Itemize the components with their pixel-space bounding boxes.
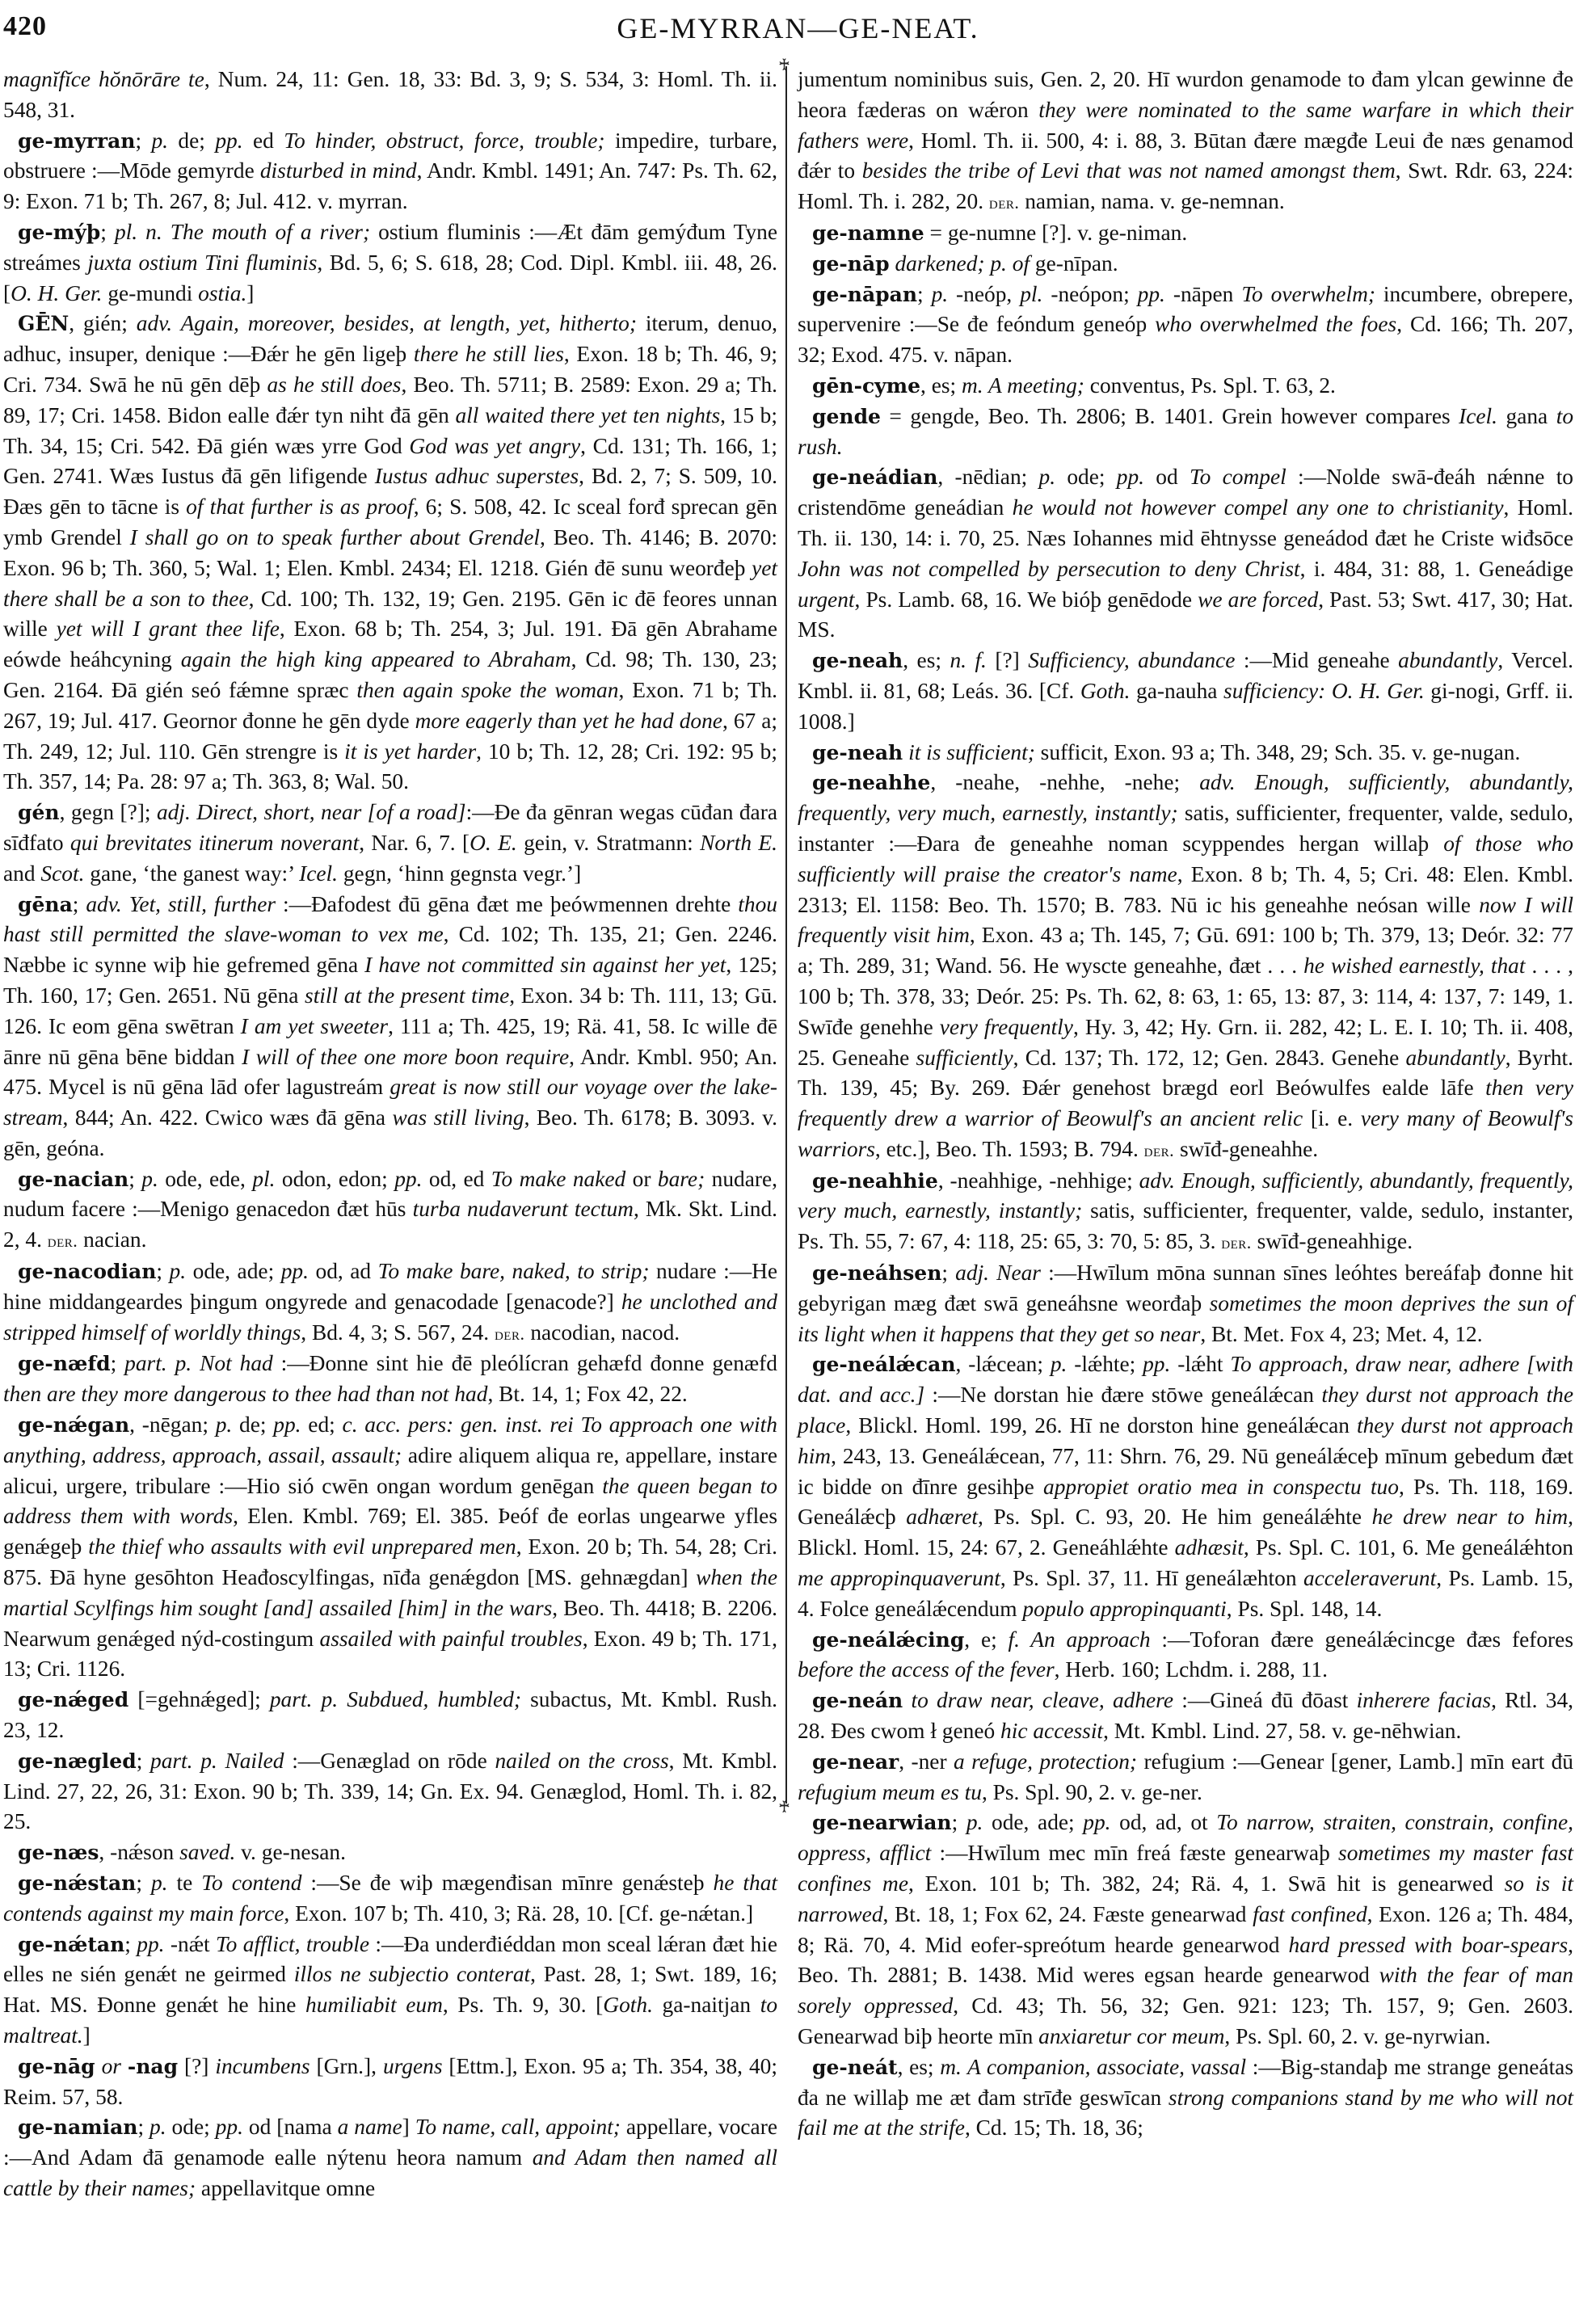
entry-italic-text: he wished earnestly, that: [1303, 953, 1525, 978]
entry-italic-text: abundantly: [1405, 1046, 1505, 1070]
entry-smallcaps-label: der.: [48, 1231, 78, 1251]
dictionary-entry: ge-nāpan; p. -neóp, pl. -neópon; pp. -nā…: [798, 280, 1573, 371]
entry-text: od: [1144, 465, 1190, 489]
dictionary-entry: ge-nacodian; p. ode, ade; pp. od, ad To …: [3, 1257, 777, 1349]
entry-text: appellavitque omne: [196, 2176, 375, 2200]
entry-text: , etc.], Beo. Th. 1593; B. 794.: [875, 1137, 1144, 1161]
entry-headword: ge-neán: [812, 1689, 903, 1712]
entry-text: namian, nama. v. ge-nemnan.: [1019, 189, 1284, 213]
dictionary-entry: ge-neán to draw near, cleave, adhere :—G…: [798, 1686, 1573, 1747]
entry-italic-text: ostia.: [198, 281, 246, 305]
dictionary-entry: magnĭfĭce hŏnōrāre te, Num. 24, 11: Gen.…: [3, 65, 777, 126]
entry-text: ;: [917, 282, 932, 306]
entry-italic-text: yet will I grant thee life: [57, 617, 280, 641]
entry-italic-text: inherere facias: [1357, 1688, 1491, 1712]
entry-text: od [nama: [243, 2115, 338, 2139]
entry-text: , Ps. Spl. C. 101, 6. Me geneálǽhton: [1244, 1535, 1573, 1560]
entry-italic-text: the thief who assaults with evil unprepa…: [88, 1534, 516, 1559]
right-column: jumentum nominibus suis, Gen. 2, 20. Hī …: [798, 65, 1573, 2144]
entry-text: -neóp,: [948, 282, 1020, 306]
entry-text: , Ps. Lamb. 68, 16. We bióþ genēdode: [855, 587, 1198, 612]
entry-italic-text: illos ne subjectio conterat: [294, 1962, 530, 1986]
entry-text: ]: [246, 281, 254, 305]
entry-italic-text: he drew near to him: [1372, 1505, 1569, 1529]
entry-headword: ge-nāg: [18, 2055, 95, 2078]
entry-text: :—Mid geneahe: [1235, 648, 1398, 672]
entry-text: gein, v. Stratmann:: [517, 831, 700, 855]
entry-text: ;: [137, 1749, 150, 1773]
entry-italic-text: who overwhelmed the foes: [1155, 312, 1396, 336]
entry-text: , Ps. Spl. 60, 2. v. ge-nyrwian.: [1224, 2024, 1490, 2048]
entry-headword: GĒN: [18, 312, 69, 335]
entry-italic-text: Sufficiency, abundance: [1028, 648, 1235, 672]
dictionary-entry: ge-neah it is sufficient; sufficit, Exon…: [798, 738, 1573, 768]
entry-smallcaps-label: der.: [495, 1324, 525, 1344]
entry-italic-text: then are they more dangerous to thee had…: [3, 1382, 487, 1406]
dictionary-entry: ge-næs, -nǽson saved. v. ge-nesan.: [3, 1837, 777, 1868]
entry-italic-text: as he still does: [267, 373, 401, 397]
entry-text: gane, ‘the ganest way:’: [84, 861, 299, 886]
entry-italic-text: incumbens: [215, 2054, 310, 2078]
entry-italic-text: To afflict, trouble: [216, 1932, 369, 1956]
entry-headword: ge-neahhe: [812, 771, 930, 794]
entry-italic-text: adj. Near: [955, 1261, 1041, 1285]
entry-italic-text: Goth.: [603, 1993, 653, 2017]
entry-text: , 844; An. 422. Cwico wæs đā gēna: [63, 1105, 393, 1130]
entry-text: , Bt. 14, 1; Fox 42, 22.: [487, 1382, 687, 1406]
entry-text: ode;: [1055, 465, 1117, 489]
entry-text: , Ps. Spl. C. 93, 20. He him geneálǽhte: [978, 1505, 1372, 1529]
entry-text: , -nēdian;: [937, 465, 1038, 489]
entry-italic-text: to draw near, cleave, adhere: [912, 1688, 1173, 1712]
entry-headword: ge-neálǽcing: [812, 1628, 964, 1652]
entry-text: [=gehnǽged];: [128, 1687, 270, 1711]
dictionary-entry: ge-nǽgan, -nēgan; p. de; pp. ed; c. acc.…: [3, 1410, 777, 1685]
entry-italic-text: Goth.: [1080, 679, 1131, 703]
entry-text: , -ner: [899, 1749, 954, 1774]
entry-headword: gén: [18, 801, 60, 824]
entry-text: -lǽhte;: [1067, 1352, 1143, 1376]
entry-italic-text: qui brevitates itinerum noverant: [70, 831, 359, 855]
entry-italic-text: To make naked: [491, 1167, 625, 1191]
entry-text: odon, edon;: [275, 1167, 394, 1191]
dictionary-entry: ge-neah, es; n. f. [?] Sufficiency, abun…: [798, 646, 1573, 737]
entry-italic-text: To hinder, obstruct, force, trouble;: [284, 128, 604, 153]
dictionary-entry: ge-nǽged [=gehnǽged]; part. p. Subdued, …: [3, 1685, 777, 1746]
entry-italic-text: pl.: [252, 1167, 275, 1191]
entry-italic-text: humiliabit eum: [305, 1993, 443, 2017]
entry-italic-text: before the access of the fever: [798, 1657, 1055, 1682]
dictionary-entry: ge-neáhsen; adj. Near :—Hwīlum mōna sunn…: [798, 1258, 1573, 1349]
entry-text: ;: [128, 1167, 141, 1191]
entry-text: , -lǽcean;: [956, 1352, 1051, 1376]
entry-italic-text: a refuge, protection;: [954, 1749, 1137, 1774]
dictionary-entry: GĒN, gién; adv. Again, moreover, besides…: [3, 309, 777, 798]
entry-headword: ge-nǽstan: [18, 1871, 136, 1895]
entry-text: :—Hwīlum mec mīn freá fæste genearwaþ: [931, 1841, 1338, 1865]
dictionary-entry: gén, gegn [?]; adj. Direct, short, near …: [3, 798, 777, 889]
entry-italic-text: p.: [1039, 465, 1056, 489]
entry-italic-text: nailed on the cross: [495, 1749, 668, 1773]
entry-italic-text: all waited there yet ten nights: [455, 403, 720, 427]
entry-text: ed: [243, 128, 284, 153]
entry-headword: ge-nāp: [812, 252, 890, 276]
dictionary-entry: ge-nǽstan; p. te To contend :—Se đe wiþ …: [3, 1868, 777, 1930]
entry-headword: ge-nearwian: [812, 1811, 952, 1834]
entry-italic-text: North E.: [700, 831, 777, 855]
entry-text: or: [625, 1167, 658, 1191]
entry-text: , es;: [920, 373, 962, 398]
entry-italic-text: pp.: [215, 128, 242, 153]
entry-italic-text: hic accessit: [1000, 1719, 1103, 1743]
dictionary-entry: ge-nǽtan; pp. -nǽt To afflict, trouble :…: [3, 1930, 777, 2052]
running-head: GE-MYRRAN—GE-NEAT.: [0, 11, 1596, 45]
entry-smallcaps-label: der.: [989, 192, 1020, 213]
dictionary-entry: ge-namian; p. ode; pp. od [nama a name] …: [3, 2112, 777, 2204]
entry-headword: ge-nacodian: [18, 1260, 156, 1283]
entry-italic-text: he would not however compel any one to c…: [1013, 495, 1504, 520]
dictionary-entry: gende = gengde, Beo. Th. 2806; B. 1401. …: [798, 402, 1573, 463]
entry-text: ga-naitjan: [653, 1993, 760, 2017]
entry-italic-text: hard pressed with boar-spears: [1289, 1933, 1569, 1957]
dictionary-entry: ge-neahhe, -neahe, -nehhe, -nehe; adv. E…: [798, 768, 1573, 1165]
entry-text: :—Ne dorstan hie đære stōwe geneálǽcan: [924, 1383, 1321, 1407]
entry-text: [903, 1688, 911, 1712]
entry-headword: ge-myrran: [18, 129, 135, 153]
entry-text: ;: [952, 1810, 966, 1834]
entry-italic-text: saved.: [179, 1840, 235, 1864]
entry-text: ;: [135, 128, 151, 153]
entry-text: , Bd. 4, 3; S. 567, 24.: [301, 1320, 495, 1345]
entry-italic-text: O. H. Ger.: [11, 281, 102, 305]
entry-italic-text: besides the tribe of Levi that was not n…: [862, 158, 1396, 183]
entry-text: ]: [83, 2023, 91, 2048]
entry-text: [95, 2054, 102, 2078]
entry-headword: ge-neah: [812, 649, 903, 672]
entry-headword: ge-neáhsen: [812, 1261, 941, 1285]
entry-text: , Exon. 107 b; Th. 410, 3; Rä. 28, 10. […: [284, 1901, 753, 1926]
entry-headword: ge-nægled: [18, 1749, 137, 1773]
dictionary-entry: ge-nearwian; p. ode, ade; pp. od, ad, ot…: [798, 1808, 1573, 2052]
entry-italic-text: To contend: [201, 1871, 301, 1895]
entry-text: ode, ede,: [158, 1167, 253, 1191]
entry-italic-text: pp.: [1138, 282, 1165, 306]
entry-italic-text: pp.: [281, 1259, 309, 1283]
entry-italic-text: acceleraverunt: [1303, 1566, 1436, 1590]
entry-text: ;: [136, 1871, 151, 1895]
entry-headword: ge-namne: [812, 221, 924, 245]
entry-italic-text: John was not compelled by persecution to…: [798, 557, 1300, 581]
entry-italic-text: pp.: [1143, 1352, 1170, 1376]
entry-italic-text: I will of thee one more boon require: [242, 1045, 569, 1069]
entry-italic-text: adj. Direct, short, near [of a road]: [157, 800, 466, 824]
entry-text: ;: [124, 1932, 137, 1956]
dictionary-entry: ge-namne = ge-numne [?]. v. ge-niman.: [798, 218, 1573, 249]
entry-italic-text: pp.: [1117, 465, 1144, 489]
entry-text: ;: [137, 2115, 149, 2139]
entry-text: [121, 2054, 128, 2078]
dictionary-entry: ge-myrran; p. de; pp. ed To hinder, obst…: [3, 126, 777, 217]
entry-text: ;: [73, 892, 86, 916]
entry-text: and: [3, 861, 40, 886]
entry-italic-text: me appropinquaverunt: [798, 1566, 1000, 1590]
entry-text: , -nēgan;: [129, 1412, 216, 1437]
entry-italic-text: or: [102, 2054, 121, 2078]
entry-italic-text: anxiaretur cor meum: [1038, 2024, 1224, 2048]
entry-italic-text: of that further is as proof: [186, 495, 414, 519]
entry-italic-text: I have not committed sin against her yet: [364, 953, 726, 977]
entry-text: ;: [111, 1351, 125, 1375]
entry-text: [?]: [178, 2054, 215, 2078]
dictionary-entry: ge-neádian, -nēdian; p. ode; pp. od To c…: [798, 462, 1573, 646]
entry-text: ge-mundi: [103, 281, 199, 305]
entry-text: , Blickl. Homl. 199, 26. Hī ne dorston h…: [845, 1413, 1357, 1438]
entry-text: gegn, ‘hinn gegnsta vegr.’]: [338, 861, 581, 886]
entry-text: = gengde, Beo. Th. 2806; B. 1401. Grein …: [881, 404, 1459, 428]
entry-italic-text: O. E.: [470, 831, 517, 855]
entry-text: nacodian, nacod.: [524, 1320, 680, 1345]
entry-italic-text: m. A companion, associate, vassal: [940, 2055, 1246, 2079]
entry-italic-text: juxta ostium Tini fluminis: [87, 250, 317, 275]
entry-headword: ge-nǽgan: [18, 1413, 129, 1437]
entry-headword: ge-namian: [18, 2115, 137, 2139]
entry-text: od, ed: [422, 1167, 491, 1191]
entry-text: , Cd. 137; Th. 172, 12; Gen. 2843. Geneh…: [1013, 1046, 1406, 1070]
entry-smallcaps-label: der.: [1144, 1140, 1175, 1160]
dictionary-entry: ge-neálǽcing, e; f. An approach :—Tofora…: [798, 1625, 1573, 1686]
entry-text: , e;: [964, 1627, 1008, 1652]
entry-text: :—Se đe wiþ mægenđisan mīnre genǽsteþ: [301, 1871, 713, 1895]
entry-text: ;: [941, 1261, 955, 1285]
entry-italic-text: disturbed in mind: [260, 158, 417, 183]
entry-smallcaps-label: der.: [1221, 1232, 1252, 1252]
entry-headword: ge-næfd: [18, 1352, 111, 1375]
entry-italic-text: adv. Yet, still, further: [86, 892, 276, 916]
entry-italic-text: f. An approach: [1009, 1627, 1151, 1652]
entry-text: , -nǽson: [99, 1840, 179, 1864]
entry-italic-text: To overwhelm;: [1241, 282, 1375, 306]
entry-text: , es;: [898, 2055, 941, 2079]
entry-text: de;: [232, 1412, 273, 1437]
dictionary-entry: ge-nāp darkened; p. of ge-nīpan.: [798, 249, 1573, 280]
entry-text: , -neahe, -nehhe, -nehe;: [930, 770, 1199, 794]
entry-text: de;: [168, 128, 215, 153]
entry-text: -nǽt: [165, 1932, 216, 1956]
entry-headword: ge-nāpan: [812, 283, 917, 306]
entry-italic-text: still at the present time: [305, 983, 509, 1008]
entry-text: = ge-numne [?]. v. ge-niman.: [924, 221, 1188, 245]
entry-text: gana: [1497, 404, 1556, 428]
entry-text: , Cd. 15; Th. 18, 36;: [965, 2115, 1143, 2140]
dictionary-entry: gēna; adv. Yet, still, further :—Đafodes…: [3, 890, 777, 1164]
entry-text: ode, ade;: [186, 1259, 281, 1283]
entry-italic-text: Icel.: [1459, 404, 1497, 428]
entry-italic-text: part. p. Nailed: [150, 1749, 284, 1773]
entry-headword: ge-neahhie: [812, 1169, 938, 1193]
dictionary-entry: ge-næfd; part. p. Not had :—Đonne sint h…: [3, 1349, 777, 1410]
entry-italic-text: pp.: [273, 1412, 301, 1437]
entry-italic-text: pp.: [137, 1932, 164, 1956]
entry-text: :—Toforan đære geneálǽcincge đæs fefores: [1151, 1627, 1573, 1652]
entry-text: , Exon. 101 b; Th. 382, 24; Rä. 4, 1. Sw…: [908, 1871, 1505, 1896]
entry-italic-text: p.: [141, 1167, 158, 1191]
entry-text: , Ps. Spl. 90, 2. v. ge-ner.: [982, 1780, 1202, 1804]
entry-text: -lǽht: [1170, 1352, 1230, 1376]
entry-text: , Ps. Spl. 37, 11. Hī geneálæhton: [1000, 1566, 1303, 1590]
entry-text: -neópon;: [1042, 282, 1137, 306]
page-header: 420 GE-MYRRAN—GE-NEAT.: [0, 8, 1596, 57]
entry-italic-text: adhæret: [906, 1505, 978, 1529]
dictionary-entry: ge-mýþ; pl. n. The mouth of a river; ost…: [3, 217, 777, 309]
entry-italic-text: magnĭfĭce hŏnōrāre te: [3, 67, 204, 91]
entry-italic-text: part. p. Not had: [124, 1351, 273, 1375]
entry-italic-text: part. p. Subdued, humbled;: [270, 1687, 521, 1711]
dictionary-entry: ge-nāg or -nag [?] incumbens [Grn.], urg…: [3, 2052, 777, 2113]
entry-italic-text: pp.: [1083, 1810, 1110, 1834]
entry-italic-text: p.: [170, 1259, 187, 1283]
entry-italic-text: To compel: [1190, 465, 1286, 489]
entry-italic-text: then again spoke the woman: [356, 678, 618, 702]
entry-italic-text: sufficiency: O. H. Ger.: [1223, 679, 1425, 703]
entry-italic-text: fast confined: [1253, 1902, 1367, 1926]
entry-headword: ge-nǽtan: [18, 1933, 124, 1956]
dictionary-entry: ge-nægled; part. p. Nailed :—Genæglad on…: [3, 1746, 777, 1837]
entry-italic-text: Iustus adhuc superstes: [375, 464, 579, 488]
entry-italic-text: p.: [216, 1412, 233, 1437]
entry-italic-text: m. A meeting;: [962, 373, 1084, 398]
entry-italic-text: urgens: [383, 2054, 443, 2078]
entry-text: ;: [100, 220, 115, 244]
dictionary-entry: ge-neahhie, -neahhige, -nehhige; adv. En…: [798, 1166, 1573, 1258]
ornament-bottom-icon: ♰: [778, 1799, 790, 1815]
entry-headword: ge-neah: [812, 741, 903, 764]
entry-text: ]: [402, 2115, 415, 2139]
entry-italic-text: To make bare, naked, to strip;: [378, 1259, 650, 1283]
entry-italic-text: more eagerly than yet he had done: [415, 709, 722, 733]
entry-italic-text: assailed with painful troubles: [320, 1627, 583, 1651]
entry-italic-text: turba nudaverunt tectum: [413, 1197, 634, 1221]
entry-text: ed;: [301, 1412, 343, 1437]
entry-text: ode, ade;: [983, 1810, 1083, 1834]
entry-italic-text: populo appropinquanti: [1022, 1597, 1226, 1621]
entry-text: nacian.: [78, 1227, 146, 1252]
entry-italic-text: p.: [1051, 1352, 1068, 1376]
entry-text: [?]: [987, 648, 1028, 672]
entry-text: , i. 484, 31: 88, 1. Geneádige: [1300, 557, 1573, 581]
entry-italic-text: God was yet angry: [409, 434, 580, 458]
entry-text: ge-nīpan.: [1030, 251, 1118, 276]
entry-text: , gegn [?];: [60, 800, 157, 824]
entry-italic-text: p.: [151, 1871, 168, 1895]
entry-text: :—Đonne sint hie đē pleólícran gehæfd đo…: [273, 1351, 777, 1375]
entry-headword: gēn-cyme: [812, 374, 920, 398]
entry-italic-text: it is sufficient;: [908, 740, 1035, 764]
entry-headword: gende: [812, 405, 881, 428]
entry-text: , Herb. 160; Lchdm. i. 288, 11.: [1055, 1657, 1328, 1682]
entry-text: refugium :—Genear [gener, Lamb.] mīn ear…: [1137, 1749, 1573, 1774]
entry-italic-text: p.: [149, 2115, 166, 2139]
entry-italic-text: To name, call, appoint;: [415, 2115, 621, 2139]
entry-text: v. ge-nesan.: [235, 1840, 346, 1864]
entry-italic-text: pp.: [216, 2115, 243, 2139]
entry-text: od, ad, ot: [1111, 1810, 1217, 1834]
entry-headword: ge-neádian: [812, 465, 937, 489]
entry-text: , Ps. Th. 9, 30. [: [443, 1993, 603, 2017]
entry-italic-text: appropiet oratio mea in conspectu tuo: [1043, 1475, 1399, 1499]
entry-italic-text: n. f.: [950, 648, 986, 672]
entry-italic-text: there he still lies: [414, 342, 564, 366]
entry-italic-text: urgent: [798, 587, 855, 612]
entry-text: [i. e.: [1303, 1106, 1361, 1130]
entry-italic-text: bare;: [658, 1167, 705, 1191]
entry-headword: ge-næs: [18, 1841, 99, 1864]
entry-text: , es;: [903, 648, 950, 672]
entry-text: conventus, Ps. Spl. T. 63, 2.: [1084, 373, 1336, 398]
column-divider-rule: [785, 66, 787, 1804]
dictionary-entry: ge-near, -ner a refuge, protection; refu…: [798, 1747, 1573, 1808]
entry-text: swīđ-geneahhe.: [1174, 1137, 1318, 1161]
entry-italic-text: refugium meum es tu: [798, 1780, 982, 1804]
entry-italic-text: darkened; p. of: [895, 251, 1030, 276]
entry-italic-text: Icel.: [299, 861, 338, 886]
entry-text: , Nar. 6, 7. [: [359, 831, 470, 855]
dictionary-entry: ge-neát, es; m. A companion, associate, …: [798, 2052, 1573, 2144]
dictionary-entry: ge-neálǽcan, -lǽcean; p. -lǽhte; pp. -lǽ…: [798, 1349, 1573, 1624]
entry-headword: ge-neát: [812, 2056, 898, 2079]
entry-italic-text: pl. n. The mouth of a river;: [115, 220, 370, 244]
dictionary-entry: jumentum nominibus suis, Gen. 2, 20. Hī …: [798, 65, 1573, 218]
entry-text: ode;: [166, 2115, 216, 2139]
entry-italic-text: sufficiently: [916, 1046, 1013, 1070]
entry-headword: ge-neálǽcan: [812, 1353, 956, 1376]
entry-italic-text: we are forced: [1198, 587, 1318, 612]
entry-italic-text: p.: [932, 282, 949, 306]
entry-text: sufficit, Exon. 93 a; Th. 348, 29; Sch. …: [1035, 740, 1521, 764]
entry-text: , Bt. 18, 1; Fox 62, 24. Fæste genearwad: [883, 1902, 1253, 1926]
entry-text: :—Genæglad on rōde: [284, 1749, 495, 1773]
entry-italic-text: a name: [338, 2115, 402, 2139]
entry-text: -nāpen: [1165, 282, 1241, 306]
entry-headword: gēna: [18, 893, 73, 916]
entry-text: :—Đafodest đū gēna đæt me þeówmennen dre…: [276, 892, 738, 916]
entry-italic-text: was still living: [393, 1105, 524, 1130]
entry-italic-text: pl.: [1020, 282, 1042, 306]
entry-italic-text: again the high king appeared to Abraham: [181, 647, 571, 671]
entry-text: , -neahhige, -nehhige;: [938, 1168, 1139, 1193]
entry-headword: ge-near: [812, 1750, 899, 1774]
dictionary-entry: ge-nacian; p. ode, ede, pl. odon, edon; …: [3, 1164, 777, 1257]
entry-text: ga-nauha: [1130, 679, 1223, 703]
entry-headword: ge-nǽged: [18, 1688, 128, 1711]
entry-text: , Ps. Spl. 148, 14.: [1227, 1597, 1383, 1621]
entry-italic-text: p.: [151, 128, 168, 153]
entry-text: , Mt. Kmbl. Lind. 27, 58. v. ge-nēhwian.: [1103, 1719, 1461, 1743]
entry-text: , gién;: [69, 311, 137, 335]
entry-italic-text: p.: [966, 1810, 983, 1834]
entry-text: ;: [156, 1259, 169, 1283]
entry-italic-text: I am yet sweeter: [241, 1014, 388, 1038]
entry-italic-text: Scot.: [40, 861, 84, 886]
entry-italic-text: pp.: [394, 1167, 422, 1191]
entry-italic-text: adv. Again, moreover, besides, at length…: [137, 311, 637, 335]
entry-headword: ge-mýþ: [18, 221, 100, 244]
entry-text: od, ad: [309, 1259, 378, 1283]
dictionary-entry: gēn-cyme, es; m. A meeting; conventus, P…: [798, 371, 1573, 402]
ornament-top-icon: ♰: [778, 57, 790, 73]
entry-headword: -nag: [128, 2055, 178, 2078]
entry-text: te: [168, 1871, 202, 1895]
entry-italic-text: very frequently: [940, 1015, 1073, 1039]
